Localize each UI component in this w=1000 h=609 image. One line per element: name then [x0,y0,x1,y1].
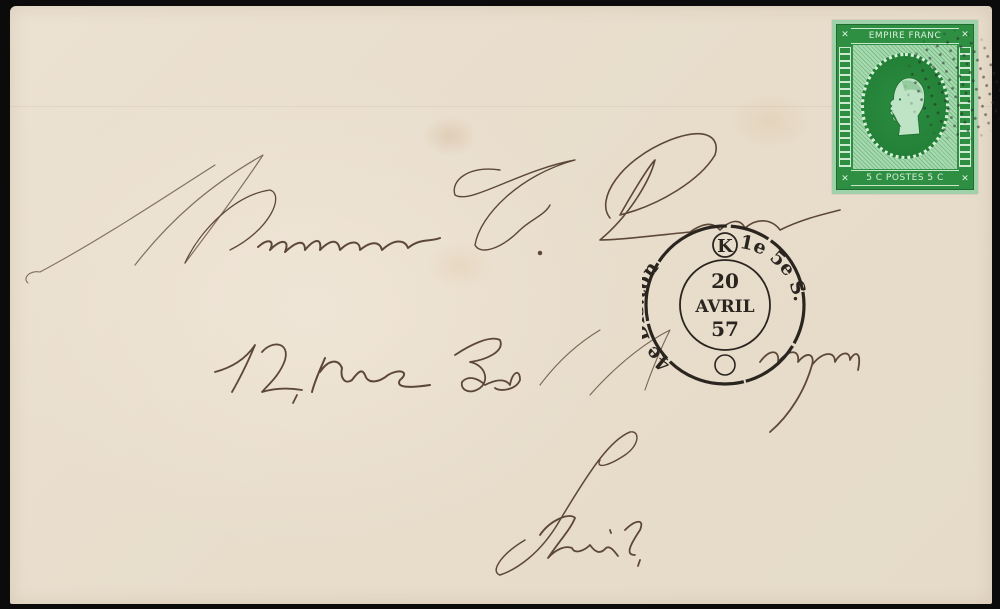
circular-datestamp: 4e Dis.ton 1e 5e S. K 20 AVRIL 57 [642,222,808,388]
postmark-year: 57 [711,317,739,341]
handwriting-monsieur [26,155,440,283]
postmark-day: 20 [711,269,739,293]
postmark-office-letter: K [717,236,734,257]
postmark-district-text: 4e Dis.ton [642,257,675,375]
handwritten-address [0,0,1000,609]
handwriting-city [496,432,641,575]
postmark-month: AVRIL [694,297,754,317]
